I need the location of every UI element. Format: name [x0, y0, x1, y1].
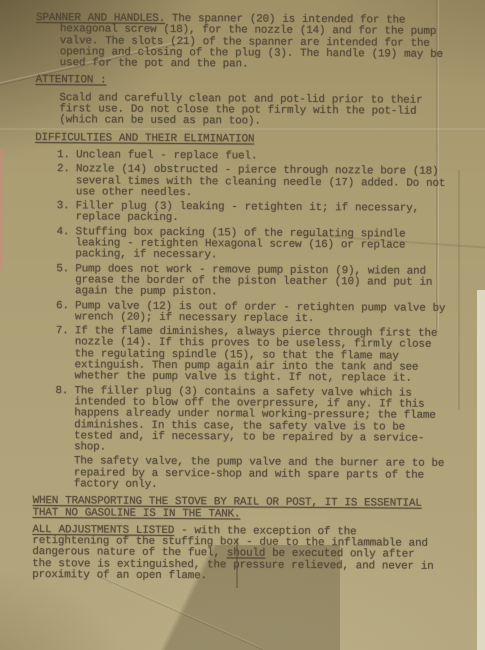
paper-edge-highlight	[477, 290, 485, 650]
list-item-number: 7.	[55, 326, 74, 383]
list-item: 1. Unclean fuel - replace fuel.	[57, 150, 449, 164]
photo-background-sliver	[0, 150, 3, 270]
list-item-number: 8.	[55, 386, 74, 454]
list-item-number: 4.	[56, 227, 75, 261]
list-item-number: 3.	[57, 201, 76, 224]
document-text: SPANNER AND HANDLES. The spanner (20) is…	[32, 13, 450, 590]
list-item-text: Nozzle (14) obstructed - pierce through …	[76, 165, 449, 201]
paragraph-transport-warning: WHEN TRANSPORTING THE STOVE BY RAIL OR P…	[32, 496, 446, 521]
paper-crease	[458, 170, 460, 410]
list-item-number: 6.	[56, 301, 75, 324]
list-item-text: Pump does not work - remove pump piston …	[75, 264, 448, 300]
list-item-text: Unclean fuel - replace fuel.	[76, 150, 449, 164]
list-item: 7. If the flame diminishes, always pierc…	[55, 326, 447, 385]
paragraph-spanner-and-handles: SPANNER AND HANDLES. The spanner (20) is…	[36, 13, 450, 72]
list-item: 4. Stuffing box packing (15) of the regu…	[56, 227, 448, 264]
paragraph-all-adjustments: ALL ADJUSTMENTS LISTED - with the except…	[32, 525, 446, 584]
list-item-number: 5.	[56, 264, 75, 298]
paragraph-service-note: The safety valve, the pump valve and the…	[33, 456, 447, 493]
heading-text: DIFFICULTIES AND THEIR ELIMINATION	[35, 132, 254, 146]
paper-sheet: SPANNER AND HANDLES. The spanner (20) is…	[0, 0, 485, 650]
heading-text: ATTENTION :	[35, 74, 106, 86]
list-item: 8. The filler plug (3) contains a safety…	[55, 386, 447, 457]
list-item-text: Filler plug (3) leaking - retighten it; …	[76, 201, 449, 226]
list-item-number: 1.	[57, 150, 76, 161]
warning-text: WHEN TRANSPORTING THE STOVE BY RAIL OR P…	[32, 495, 421, 520]
section-heading-difficulties: DIFFICULTIES AND THEIR ELIMINATION	[35, 133, 449, 147]
list-item-text: If the flame diminishes, always pierce t…	[74, 326, 447, 385]
list-item: 6. Pump valve (12) is out of order - ret…	[56, 301, 448, 326]
paragraph-attention-body: Scald and carefully clean pot and pot-li…	[35, 93, 449, 130]
list-item-text: Pump valve (12) is out of order - retigh…	[75, 301, 448, 326]
list-item-text: Stuffing box packing (15) of the regulat…	[75, 227, 448, 263]
list-item-text: The filler plug (3) contains a safety va…	[74, 386, 447, 456]
list-item: 5. Pump does not work - remove pump pist…	[56, 264, 448, 301]
list-item-number: 2.	[57, 164, 76, 198]
list-item: 3. Filler plug (3) leaking - retighten i…	[57, 201, 449, 226]
section-heading-attention: ATTENTION :	[35, 75, 449, 89]
list-item: 2. Nozzle (14) obstructed - pierce throu…	[57, 164, 449, 201]
